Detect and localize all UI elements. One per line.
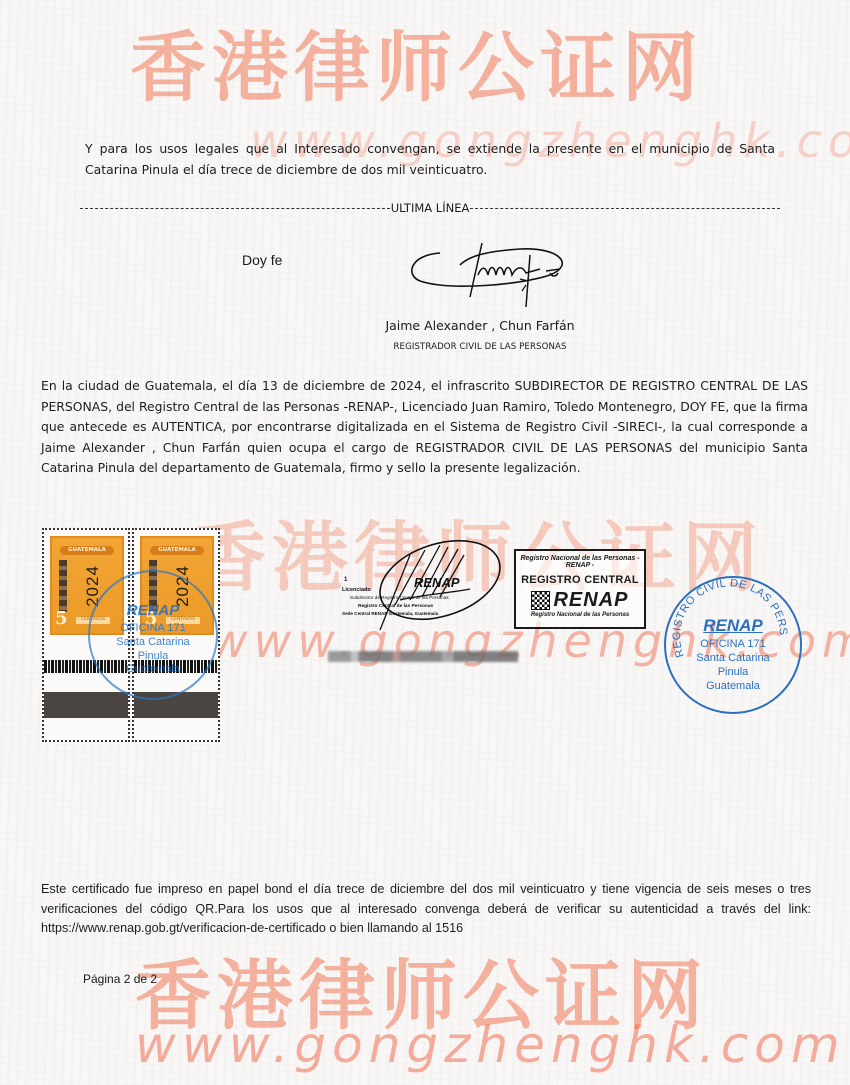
stamp-redaction-bar <box>44 692 128 718</box>
last-line-label: ULTIMA LÍNEA <box>390 201 471 215</box>
stamp-brand: RENAP <box>553 589 628 612</box>
dashed-rule-right <box>470 208 780 209</box>
stamp-country: GUATEMALA <box>60 546 114 555</box>
stamp-brand: RENAP <box>414 575 460 590</box>
attestation-text: Doy fe <box>242 252 282 268</box>
svg-text:Registro Central de las Person: Registro Central de las Personas <box>358 603 434 609</box>
stamp-top-line: Registro Nacional de las Personas - RENA… <box>516 555 644 569</box>
legalization-paragraph: En la ciudad de Guatemala, el día 13 de … <box>41 376 808 479</box>
dashed-rule-left <box>80 208 390 209</box>
last-line-divider: ULTIMA LÍNEA <box>80 201 780 215</box>
seal-city: Santa Catarina <box>666 652 800 664</box>
page-number: Página 2 de 2 <box>83 972 157 986</box>
stamp-bottom-line: Registro Nacional de las Personas <box>516 612 644 618</box>
seal-dept: Guatemala <box>90 663 216 675</box>
watermark-chinese-top: 香港律师公证网 <box>130 30 730 106</box>
seal-city-2: Pinula <box>90 650 216 662</box>
office-seal-over-stamps: RENAP OFICINA 171 Santa Catarina Pinula … <box>88 570 218 700</box>
registro-central-stamp: Registro Nacional de las Personas - RENA… <box>514 549 646 629</box>
svg-text:Licenciado: Licenciado <box>342 587 371 593</box>
stamp-serial-redacted <box>59 560 67 612</box>
seal-dept: Guatemala <box>666 680 800 692</box>
redacted-identifier <box>328 651 518 662</box>
seal-city-2: Pinula <box>666 666 800 678</box>
signatory-role: REGISTRADOR CIVIL DE LAS PERSONAS <box>370 342 590 352</box>
subdirector-signature-stamp: RENAP 1 Licenciado Subdirector de Regist… <box>340 535 510 635</box>
stamp-country: GUATEMALA <box>150 546 204 555</box>
seal-office: OFICINA 171 <box>90 622 216 634</box>
svg-text:1: 1 <box>344 577 348 583</box>
registro-civil-round-seal: REGISTRO CIVIL DE LAS PERSONAS RENAP OFI… <box>664 576 802 714</box>
stamp-value: 5 <box>55 608 68 629</box>
certificate-validity-paragraph: Este certificado fue impreso en papel bo… <box>41 880 811 939</box>
svg-text:Sede Central RENAP Guatemala,: Sede Central RENAP Guatemala, Guatemala <box>342 611 439 616</box>
seal-office: OFICINA 171 <box>666 638 800 650</box>
seal-brand: RENAP <box>90 602 216 619</box>
registrar-signature <box>400 235 590 315</box>
watermark-url-bottom: www.gongzhenghk.com <box>135 1020 846 1070</box>
svg-text:Subdirector de Registro Centra: Subdirector de Registro Central de las P… <box>350 595 449 600</box>
seal-city: Santa Catarina <box>90 636 216 648</box>
issuance-paragraph: Y para los usos legales que al Interesad… <box>85 139 775 180</box>
signatory-name: Jaime Alexander , Chun Farfán <box>370 318 590 333</box>
renap-logo-icon <box>531 591 550 610</box>
stamp-title: REGISTRO CENTRAL <box>516 574 644 586</box>
seal-brand: RENAP <box>666 616 800 636</box>
